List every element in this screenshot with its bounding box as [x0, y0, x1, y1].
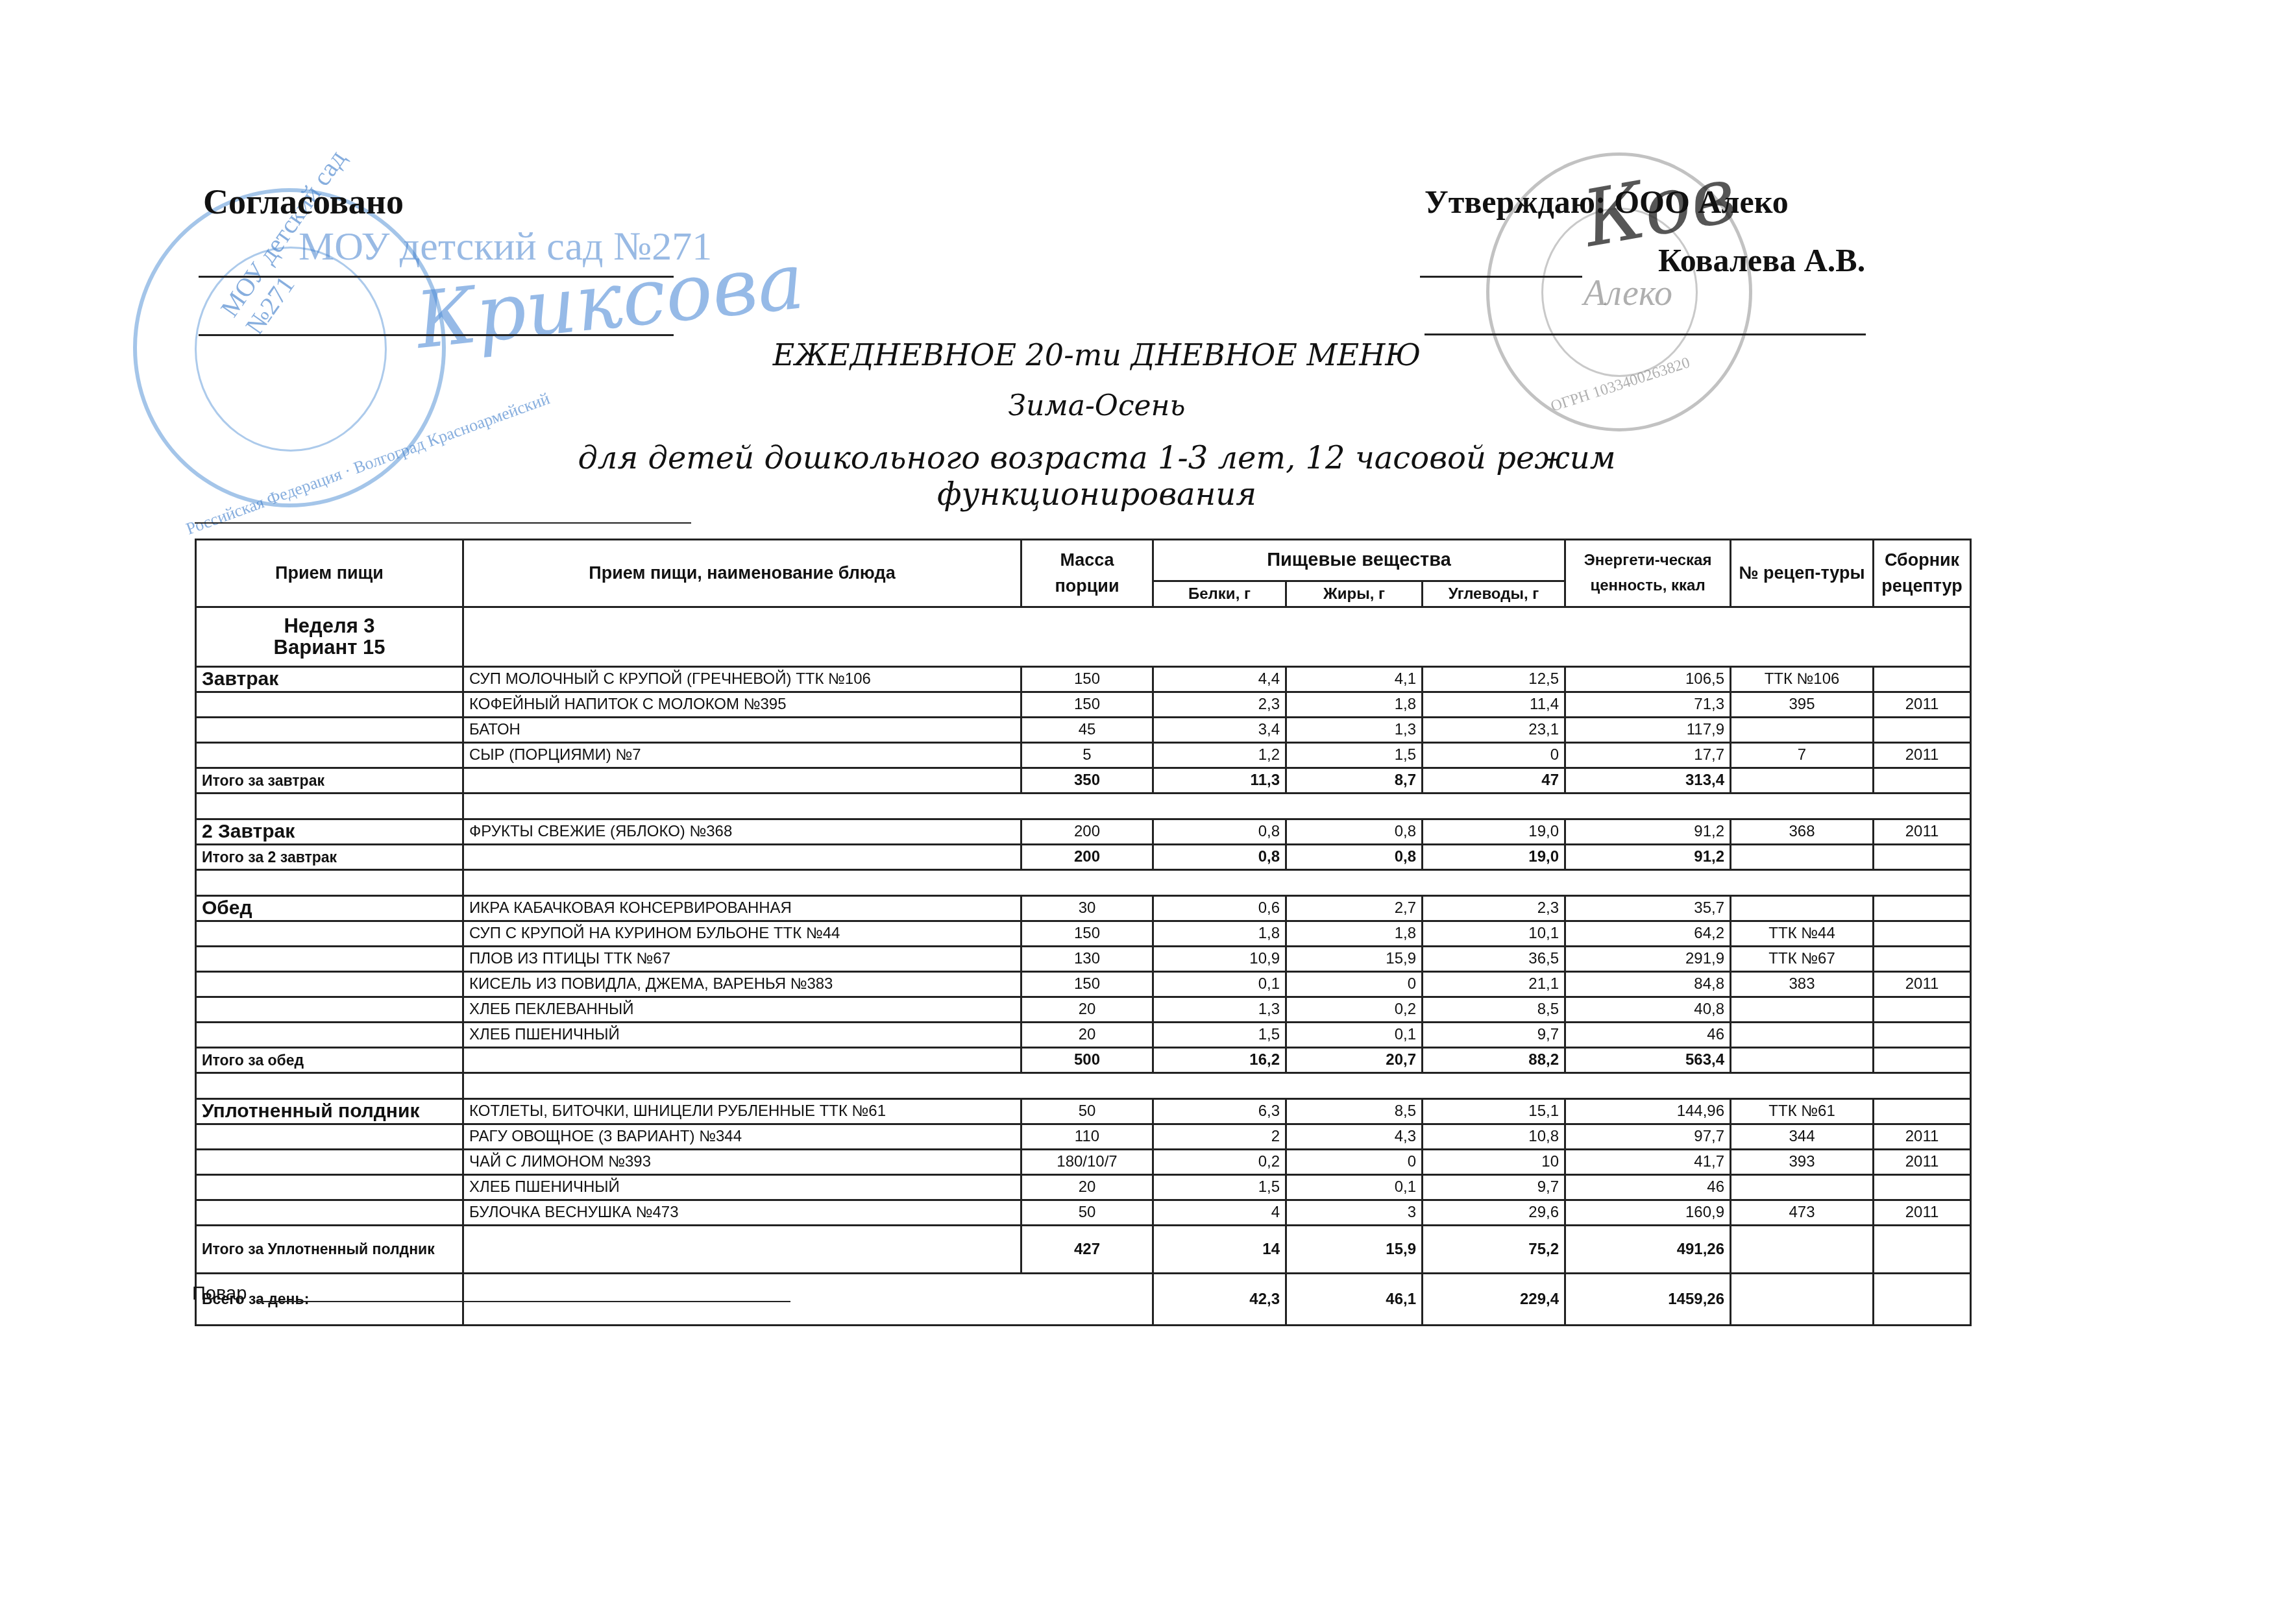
recipe-no-cell: ТТК №44 — [1731, 921, 1874, 947]
fat-cell: 0 — [1286, 972, 1423, 997]
day-total-collection-empty — [1874, 1274, 1971, 1326]
dish-name: СУП С КРУПОЙ НА КУРИНОМ БУЛЬОНЕ ТТК №44 — [463, 921, 1021, 947]
recipe-no-cell: 383 — [1731, 972, 1874, 997]
total-empty — [463, 845, 1021, 870]
collection-cell — [1874, 947, 1971, 972]
energy-cell: 17,7 — [1565, 743, 1731, 768]
fat-cell: 1,3 — [1286, 718, 1423, 743]
signature-line-right-1 — [1420, 276, 1582, 278]
recipe-no-cell: 395 — [1731, 692, 1874, 718]
total-label: Итого за завтрак — [196, 768, 463, 794]
collection-cell: 2011 — [1874, 1124, 1971, 1150]
carbs-cell: 9,7 — [1423, 1023, 1565, 1048]
recipe-no-cell: 7 — [1731, 743, 1874, 768]
mass-cell: 50 — [1021, 1200, 1153, 1226]
protein-cell: 2,3 — [1153, 692, 1286, 718]
table-row: СУП С КРУПОЙ НА КУРИНОМ БУЛЬОНЕ ТТК №441… — [196, 921, 1971, 947]
energy-cell: 97,7 — [1565, 1124, 1731, 1150]
document-title: ЕЖЕДНЕВНОЕ 20-ти ДНЕВНОЕ МЕНЮ — [506, 337, 1687, 372]
protein-cell: 0,1 — [1153, 972, 1286, 997]
total-fat: 8,7 — [1286, 768, 1423, 794]
meal-name-empty — [196, 947, 463, 972]
decorative-line-above-table — [195, 522, 691, 524]
protein-cell: 1,5 — [1153, 1175, 1286, 1200]
meal-name-empty — [196, 972, 463, 997]
total-mass: 350 — [1021, 768, 1153, 794]
fat-cell: 0,2 — [1286, 997, 1423, 1023]
total-energy: 563,4 — [1565, 1048, 1731, 1073]
protein-cell: 0,8 — [1153, 819, 1286, 845]
mass-cell: 20 — [1021, 997, 1153, 1023]
dish-name: БАТОН — [463, 718, 1021, 743]
carbs-cell: 10,8 — [1423, 1124, 1565, 1150]
energy-cell: 46 — [1565, 1023, 1731, 1048]
day-total-fat: 46,1 — [1286, 1274, 1423, 1326]
dish-name: БУЛОЧКА ВЕСНУШКА №473 — [463, 1200, 1021, 1226]
total-fat: 0,8 — [1286, 845, 1423, 870]
collection-cell: 2011 — [1874, 972, 1971, 997]
week-label: Неделя 3 — [202, 616, 457, 637]
collection-cell — [1874, 1175, 1971, 1200]
signature-line-right-2 — [1425, 333, 1866, 335]
carbs-cell: 11,4 — [1423, 692, 1565, 718]
mass-cell: 45 — [1021, 718, 1153, 743]
table-row: БАТОН453,41,323,1117,9 — [196, 718, 1971, 743]
recipe-no-cell: ТТК №67 — [1731, 947, 1874, 972]
dish-name: КОФЕЙНЫЙ НАПИТОК С МОЛОКОМ №395 — [463, 692, 1021, 718]
week-row: Неделя 3 Вариант 15 — [196, 607, 1971, 667]
table-row: Уплотненный полдникКОТЛЕТЫ, БИТОЧКИ, ШНИ… — [196, 1099, 1971, 1124]
total-mass: 500 — [1021, 1048, 1153, 1073]
recipe-no-cell: ТТК №106 — [1731, 667, 1874, 692]
meal-name-empty — [196, 718, 463, 743]
fat-cell: 4,1 — [1286, 667, 1423, 692]
mass-cell: 110 — [1021, 1124, 1153, 1150]
day-total-carbs: 229,4 — [1423, 1274, 1565, 1326]
dish-name: ПЛОВ ИЗ ПТИЦЫ ТТК №67 — [463, 947, 1021, 972]
mass-cell: 5 — [1021, 743, 1153, 768]
meal-name-empty — [196, 997, 463, 1023]
mass-cell: 130 — [1021, 947, 1153, 972]
mass-cell: 200 — [1021, 819, 1153, 845]
collection-cell — [1874, 667, 1971, 692]
total-label: Итого за Уплотненный полдник — [196, 1226, 463, 1274]
spacer-row — [196, 1073, 1971, 1099]
total-mass: 200 — [1021, 845, 1153, 870]
energy-cell: 291,9 — [1565, 947, 1731, 972]
carbs-cell: 2,3 — [1423, 896, 1565, 921]
collection-cell: 2011 — [1874, 819, 1971, 845]
energy-cell: 91,2 — [1565, 819, 1731, 845]
total-energy: 491,26 — [1565, 1226, 1731, 1274]
carbs-cell: 29,6 — [1423, 1200, 1565, 1226]
header-protein: Белки, г — [1153, 581, 1286, 607]
energy-cell: 40,8 — [1565, 997, 1731, 1023]
table-row: ПЛОВ ИЗ ПТИЦЫ ТТК №6713010,915,936,5291,… — [196, 947, 1971, 972]
fat-cell: 3 — [1286, 1200, 1423, 1226]
mass-cell: 150 — [1021, 921, 1153, 947]
variant-label: Вариант 15 — [202, 637, 457, 659]
protein-cell: 2 — [1153, 1124, 1286, 1150]
protein-cell: 4 — [1153, 1200, 1286, 1226]
table-row: БУЛОЧКА ВЕСНУШКА №473504329,6160,9473201… — [196, 1200, 1971, 1226]
dish-name: СУП МОЛОЧНЫЙ С КРУПОЙ (ГРЕЧНЕВОЙ) ТТК №1… — [463, 667, 1021, 692]
signature-line-left-1 — [199, 276, 674, 278]
energy-cell: 71,3 — [1565, 692, 1731, 718]
spacer-cell — [463, 1073, 1971, 1099]
protein-cell: 4,4 — [1153, 667, 1286, 692]
fat-cell: 0 — [1286, 1150, 1423, 1175]
collection-cell — [1874, 997, 1971, 1023]
total-empty — [463, 1048, 1021, 1073]
approved-right-label: Утверждаю: ООО Алеко — [1425, 183, 1789, 221]
day-total-protein: 42,3 — [1153, 1274, 1286, 1326]
header-dish: Прием пищи, наименование блюда — [463, 540, 1021, 607]
total-carbs: 19,0 — [1423, 845, 1565, 870]
collection-cell — [1874, 1023, 1971, 1048]
day-total-row: Всего за день:42,346,1229,41459,26 — [196, 1274, 1971, 1326]
dish-name: ХЛЕБ ПШЕНИЧНЫЙ — [463, 1175, 1021, 1200]
spacer-cell — [196, 794, 463, 819]
carbs-cell: 21,1 — [1423, 972, 1565, 997]
meal-name-empty — [196, 921, 463, 947]
recipe-no-cell: ТТК №61 — [1731, 1099, 1874, 1124]
recipe-no-cell: 473 — [1731, 1200, 1874, 1226]
total-row: Итого за обед50016,220,788,2563,4 — [196, 1048, 1971, 1073]
table-row: ХЛЕБ ПШЕНИЧНЫЙ201,50,19,746 — [196, 1023, 1971, 1048]
meal-name-empty — [196, 743, 463, 768]
spacer-cell — [196, 870, 463, 896]
table-row: 2 ЗавтракФРУКТЫ СВЕЖИЕ (ЯБЛОКО) №3682000… — [196, 819, 1971, 845]
cook-signature-line — [257, 1301, 790, 1302]
total-recipe-empty — [1731, 1226, 1874, 1274]
meal-name-empty — [196, 1175, 463, 1200]
energy-cell: 106,5 — [1565, 667, 1731, 692]
header-mass: Масса порции — [1021, 540, 1153, 607]
collection-cell: 2011 — [1874, 743, 1971, 768]
spacer-cell — [196, 1073, 463, 1099]
day-total-empty — [463, 1274, 1153, 1326]
table-row: ЗавтракСУП МОЛОЧНЫЙ С КРУПОЙ (ГРЕЧНЕВОЙ)… — [196, 667, 1971, 692]
total-empty — [463, 768, 1021, 794]
protein-cell: 3,4 — [1153, 718, 1286, 743]
recipe-no-cell: 393 — [1731, 1150, 1874, 1175]
carbs-cell: 36,5 — [1423, 947, 1565, 972]
total-label: Итого за обед — [196, 1048, 463, 1073]
week-row-empty — [463, 607, 1971, 667]
total-row: Итого за Уплотненный полдник4271415,975,… — [196, 1226, 1971, 1274]
spacer-cell — [463, 794, 1971, 819]
week-variant-cell: Неделя 3 Вариант 15 — [196, 607, 463, 667]
mass-cell: 50 — [1021, 1099, 1153, 1124]
dish-name: РАГУ ОВОЩНОЕ (3 ВАРИАНТ) №344 — [463, 1124, 1021, 1150]
meal-name-empty — [196, 1150, 463, 1175]
fat-cell: 0,8 — [1286, 819, 1423, 845]
energy-cell: 144,96 — [1565, 1099, 1731, 1124]
spacer-row — [196, 794, 1971, 819]
cook-label: Повар — [192, 1283, 247, 1305]
carbs-cell: 23,1 — [1423, 718, 1565, 743]
total-recipe-empty — [1731, 768, 1874, 794]
header-collection: Сборник рецептур — [1874, 540, 1971, 607]
header-energy: Энергети-ческая ценность, ккал — [1565, 540, 1731, 607]
menu-table: Прием пищи Прием пищи, наименование блюд… — [195, 539, 1972, 1326]
signature-line-left-2 — [199, 334, 674, 336]
carbs-cell: 0 — [1423, 743, 1565, 768]
energy-cell: 117,9 — [1565, 718, 1731, 743]
mass-cell: 20 — [1021, 1175, 1153, 1200]
total-carbs: 47 — [1423, 768, 1565, 794]
mass-cell: 150 — [1021, 972, 1153, 997]
table-row: РАГУ ОВОЩНОЕ (3 ВАРИАНТ) №34411024,310,8… — [196, 1124, 1971, 1150]
table-row: КИСЕЛЬ ИЗ ПОВИДЛА, ДЖЕМА, ВАРЕНЬЯ №38315… — [196, 972, 1971, 997]
carbs-cell: 12,5 — [1423, 667, 1565, 692]
collection-cell: 2011 — [1874, 692, 1971, 718]
table-row: СЫР (ПОРЦИЯМИ) №751,21,5017,772011 — [196, 743, 1971, 768]
total-row: Итого за завтрак35011,38,747313,4 — [196, 768, 1971, 794]
protein-cell: 1,3 — [1153, 997, 1286, 1023]
total-empty — [463, 1226, 1021, 1274]
protein-cell: 0,2 — [1153, 1150, 1286, 1175]
mass-cell: 20 — [1021, 1023, 1153, 1048]
total-collection-empty — [1874, 768, 1971, 794]
protein-cell: 1,5 — [1153, 1023, 1286, 1048]
total-protein: 11,3 — [1153, 768, 1286, 794]
collection-cell — [1874, 921, 1971, 947]
total-row: Итого за 2 завтрак2000,80,819,091,2 — [196, 845, 1971, 870]
total-collection-empty — [1874, 1226, 1971, 1274]
recipe-no-cell: 344 — [1731, 1124, 1874, 1150]
approved-left-label: Согласовано — [203, 182, 404, 222]
dish-name: ФРУКТЫ СВЕЖИЕ (ЯБЛОКО) №368 — [463, 819, 1021, 845]
carbs-cell: 19,0 — [1423, 819, 1565, 845]
mass-cell: 180/10/7 — [1021, 1150, 1153, 1175]
dish-name: КОТЛЕТЫ, БИТОЧКИ, ШНИЦЕЛИ РУБЛЕННЫЕ ТТК … — [463, 1099, 1021, 1124]
carbs-cell: 15,1 — [1423, 1099, 1565, 1124]
meal-name-empty — [196, 692, 463, 718]
header-fat: Жиры, г — [1286, 581, 1423, 607]
energy-cell: 35,7 — [1565, 896, 1731, 921]
dish-name: ИКРА КАБАЧКОВАЯ КОНСЕРВИРОВАННАЯ — [463, 896, 1021, 921]
header-nutrients: Пищевые вещества — [1153, 540, 1565, 581]
total-collection-empty — [1874, 845, 1971, 870]
fat-cell: 1,5 — [1286, 743, 1423, 768]
mass-cell: 150 — [1021, 692, 1153, 718]
total-collection-empty — [1874, 1048, 1971, 1073]
fat-cell: 0,1 — [1286, 1175, 1423, 1200]
day-total-energy: 1459,26 — [1565, 1274, 1731, 1326]
dish-name: СЫР (ПОРЦИЯМИ) №7 — [463, 743, 1021, 768]
total-fat: 20,7 — [1286, 1048, 1423, 1073]
meal-name-empty — [196, 1200, 463, 1226]
energy-cell: 84,8 — [1565, 972, 1731, 997]
protein-cell: 10,9 — [1153, 947, 1286, 972]
total-recipe-empty — [1731, 845, 1874, 870]
document-season: Зима-Осень — [506, 389, 1687, 422]
total-protein: 0,8 — [1153, 845, 1286, 870]
meal-name-empty — [196, 1124, 463, 1150]
meal-name: Завтрак — [196, 667, 463, 692]
header-meal: Прием пищи — [196, 540, 463, 607]
header-recipe-no: № рецеп-туры — [1731, 540, 1874, 607]
mass-cell: 30 — [1021, 896, 1153, 921]
table-row: ЧАЙ С ЛИМОНОМ №393180/10/70,201041,73932… — [196, 1150, 1971, 1175]
document-subtitle: для детей дошкольного возраста 1-3 лет, … — [506, 440, 1687, 513]
total-carbs: 88,2 — [1423, 1048, 1565, 1073]
recipe-no-cell — [1731, 997, 1874, 1023]
table-row: ОбедИКРА КАБАЧКОВАЯ КОНСЕРВИРОВАННАЯ300,… — [196, 896, 1971, 921]
carbs-cell: 10,1 — [1423, 921, 1565, 947]
protein-cell: 1,8 — [1153, 921, 1286, 947]
meal-name-empty — [196, 1023, 463, 1048]
dish-name: ХЛЕБ ПЕКЛЕВАННЫЙ — [463, 997, 1021, 1023]
fat-cell: 15,9 — [1286, 947, 1423, 972]
energy-cell: 160,9 — [1565, 1200, 1731, 1226]
fat-cell: 2,7 — [1286, 896, 1423, 921]
spacer-row — [196, 870, 1971, 896]
table-row: ХЛЕБ ПШЕНИЧНЫЙ201,50,19,746 — [196, 1175, 1971, 1200]
total-carbs: 75,2 — [1423, 1226, 1565, 1274]
protein-cell: 0,6 — [1153, 896, 1286, 921]
meal-name: Обед — [196, 896, 463, 921]
collection-cell: 2011 — [1874, 1150, 1971, 1175]
energy-cell: 46 — [1565, 1175, 1731, 1200]
protein-cell: 6,3 — [1153, 1099, 1286, 1124]
carbs-cell: 8,5 — [1423, 997, 1565, 1023]
fat-cell: 0,1 — [1286, 1023, 1423, 1048]
recipe-no-cell — [1731, 1023, 1874, 1048]
total-recipe-empty — [1731, 1048, 1874, 1073]
recipe-no-cell: 368 — [1731, 819, 1874, 845]
table-row: КОФЕЙНЫЙ НАПИТОК С МОЛОКОМ №3951502,31,8… — [196, 692, 1971, 718]
dish-name: КИСЕЛЬ ИЗ ПОВИДЛА, ДЖЕМА, ВАРЕНЬЯ №383 — [463, 972, 1021, 997]
carbs-cell: 10 — [1423, 1150, 1565, 1175]
dish-name: ЧАЙ С ЛИМОНОМ №393 — [463, 1150, 1021, 1175]
dish-name: ХЛЕБ ПШЕНИЧНЫЙ — [463, 1023, 1021, 1048]
total-fat: 15,9 — [1286, 1226, 1423, 1274]
total-energy: 91,2 — [1565, 845, 1731, 870]
recipe-no-cell — [1731, 1175, 1874, 1200]
fat-cell: 1,8 — [1286, 921, 1423, 947]
day-total-recipe-empty — [1731, 1274, 1874, 1326]
spacer-cell — [463, 870, 1971, 896]
protein-cell: 1,2 — [1153, 743, 1286, 768]
total-protein: 14 — [1153, 1226, 1286, 1274]
mass-cell: 150 — [1021, 667, 1153, 692]
carbs-cell: 9,7 — [1423, 1175, 1565, 1200]
recipe-no-cell — [1731, 896, 1874, 921]
collection-cell — [1874, 896, 1971, 921]
fat-cell: 4,3 — [1286, 1124, 1423, 1150]
meal-name: 2 Завтрак — [196, 819, 463, 845]
header-carbs: Углеводы, г — [1423, 581, 1565, 607]
total-mass: 427 — [1021, 1226, 1153, 1274]
approver-name: Ковалева А.В. — [1658, 241, 1865, 279]
fat-cell: 1,8 — [1286, 692, 1423, 718]
total-label: Итого за 2 завтрак — [196, 845, 463, 870]
collection-cell: 2011 — [1874, 1200, 1971, 1226]
table-row: ХЛЕБ ПЕКЛЕВАННЫЙ201,30,28,540,8 — [196, 997, 1971, 1023]
fat-cell: 8,5 — [1286, 1099, 1423, 1124]
energy-cell: 64,2 — [1565, 921, 1731, 947]
meal-name: Уплотненный полдник — [196, 1099, 463, 1124]
collection-cell — [1874, 718, 1971, 743]
total-protein: 16,2 — [1153, 1048, 1286, 1073]
energy-cell: 41,7 — [1565, 1150, 1731, 1175]
recipe-no-cell — [1731, 718, 1874, 743]
total-energy: 313,4 — [1565, 768, 1731, 794]
collection-cell — [1874, 1099, 1971, 1124]
